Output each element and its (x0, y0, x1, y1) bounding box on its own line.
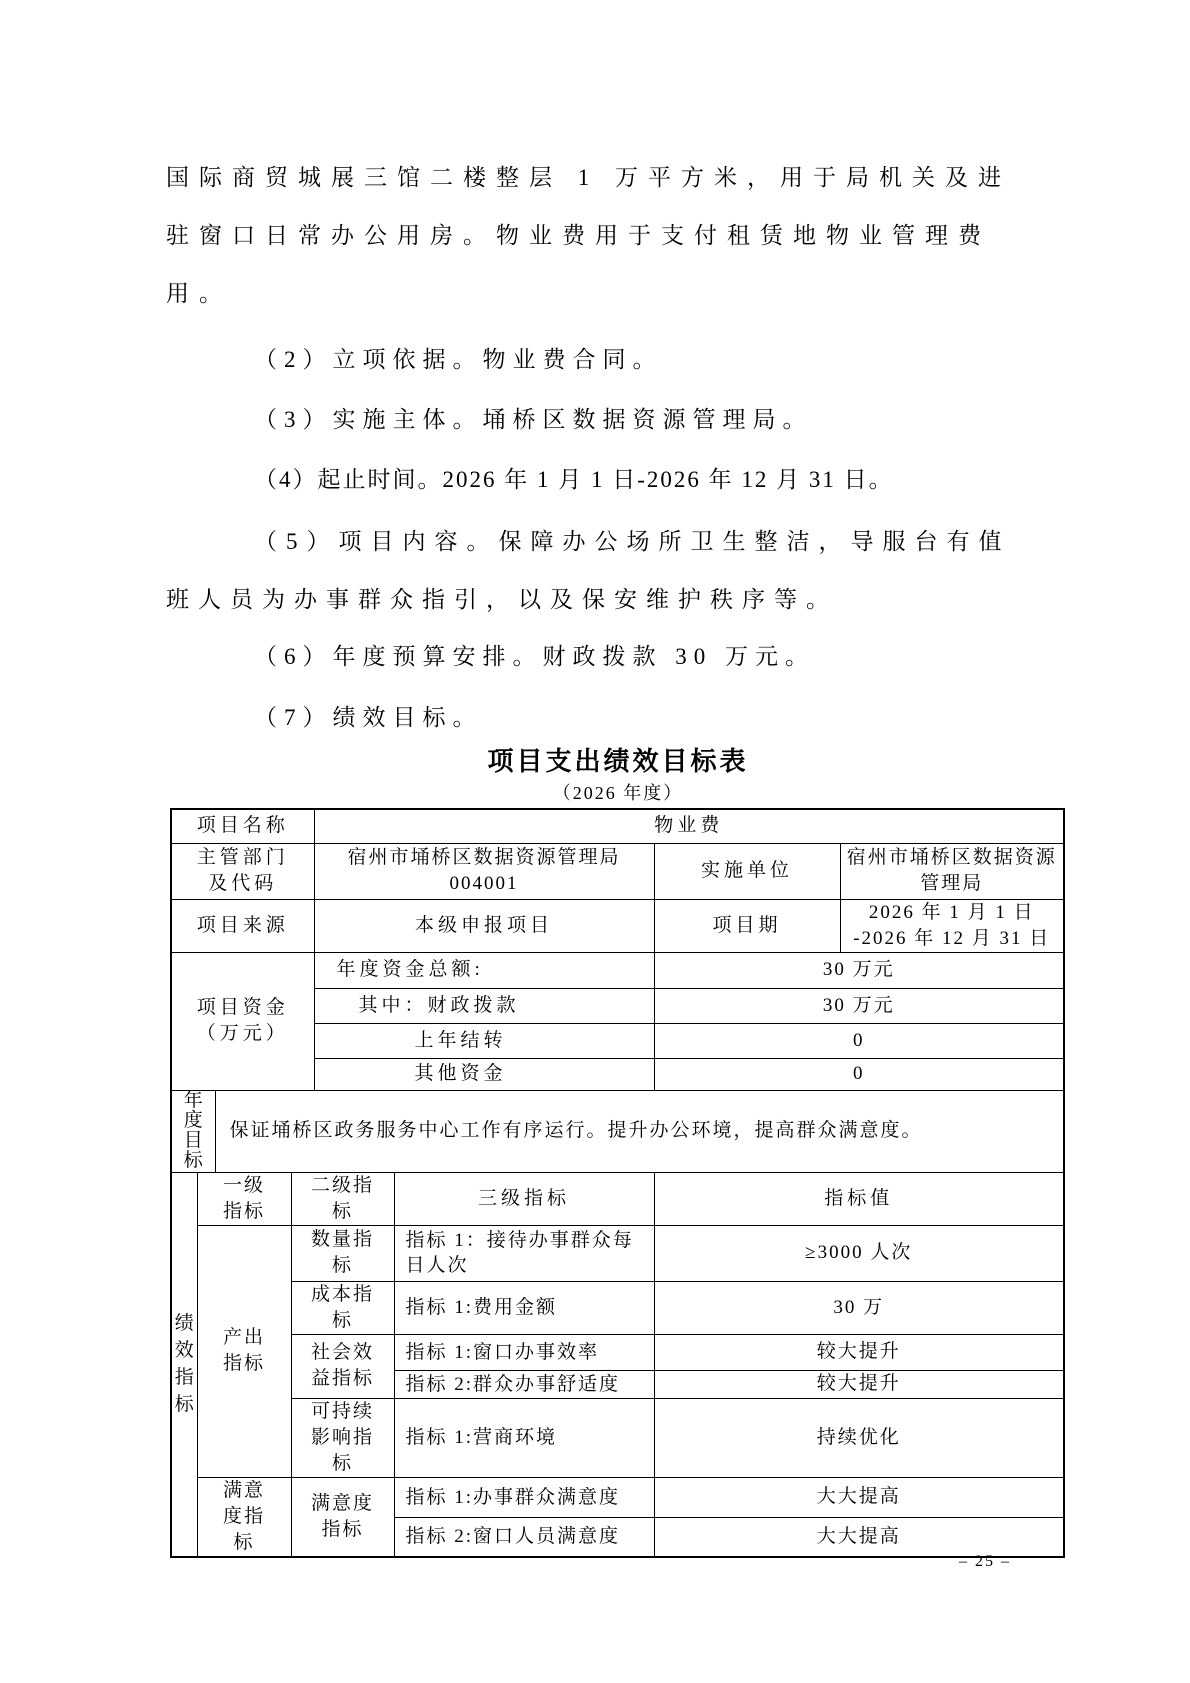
cell-fund-total-name: 年度资金总额: (314, 952, 654, 988)
cell-funds-label: 项目资金 （万元） (171, 952, 314, 1090)
cell-indicator-value: 大大提高 (654, 1477, 1064, 1518)
cell-indicator-value: 较大提升 (654, 1370, 1064, 1398)
body-paragraph-5: （5）项目内容。保障办公场所卫生整洁，导服台有值 班人员为办事群众指引，以及保安… (166, 513, 1096, 629)
cell-level2-satisfaction: 满意度 指标 (291, 1477, 394, 1557)
cell-indicator-value: 持续优化 (654, 1398, 1064, 1477)
cell-level3-indicator: 指标 1:窗口办事效率 (394, 1334, 654, 1370)
table-row: 产出 指标 数量指 标 指标 1：接待办事群众每 日人次 ≥3000 人次 (171, 1225, 1064, 1281)
cell-indicators-side-label: 绩 效 指 标 (171, 1172, 197, 1557)
cell-level3-indicator: 指标 1:营商环境 (394, 1398, 654, 1477)
document-page: 国际商贸城展三馆二楼整层 1 万平方米，用于局机关及进 驻窗口日常办公用房。物业… (0, 0, 1190, 1683)
cell-header-value: 指标值 (654, 1172, 1064, 1225)
cell-level2-sustainability: 可持续 影响指 标 (291, 1398, 394, 1477)
cell-annual-goal-label: 年 度 目 标 (171, 1090, 215, 1172)
page-number: – 25 – (925, 1548, 1045, 1576)
cell-level3-indicator: 指标 1:费用金额 (394, 1281, 654, 1334)
body-paragraph-6: （6）年度预算安排。财政拨款 30 万元。 (166, 628, 1096, 686)
cell-impl-unit-label: 实施单位 (654, 843, 840, 899)
table-row: 满意 度指 标 满意度 指标 指标 1:办事群众满意度 大大提高 (171, 1477, 1064, 1518)
cell-project-period-label: 项目期 (654, 899, 840, 952)
cell-header-level3: 三级指标 (394, 1172, 654, 1225)
body-paragraph-4: （4）起止时间。2026 年 1 月 1 日-2026 年 12 月 31 日。 (166, 451, 1096, 509)
table-row: 绩 效 指 标 一级 指标 二级指 标 三级指标 指标值 (171, 1172, 1064, 1225)
table-row: 社会效 益指标 指标 1:窗口办事效率 较大提升 (171, 1334, 1064, 1370)
cell-level3-indicator: 指标 1:办事群众满意度 (394, 1477, 654, 1518)
performance-table-title: 项目支出绩效目标表 (148, 745, 1088, 777)
cell-level3-indicator: 指标 2:群众办事舒适度 (394, 1370, 654, 1398)
table-row: 主管部门 及代码 宿州市埇桥区数据资源管理局 004001 实施单位 宿州市埇桥… (171, 843, 1064, 899)
cell-fund-total-value: 30 万元 (654, 952, 1064, 988)
cell-fund-fiscal-value: 30 万元 (654, 988, 1064, 1023)
cell-level3-indicator: 指标 2:窗口人员满意度 (394, 1518, 654, 1557)
table-row: 项目名称 物业费 (171, 809, 1064, 843)
cell-header-level1: 一级 指标 (197, 1172, 291, 1225)
body-paragraph-7: （7）绩效目标。 (166, 689, 1096, 747)
cell-level2-social-benefit: 社会效 益指标 (291, 1334, 394, 1398)
cell-level1-output: 产出 指标 (197, 1225, 291, 1477)
cell-level3-indicator: 指标 1：接待办事群众每 日人次 (394, 1225, 654, 1281)
performance-table-subtitle: （2026 年度） (148, 781, 1088, 805)
cell-project-period-value: 2026 年 1 月 1 日 -2026 年 12 月 31 日 (840, 899, 1064, 952)
cell-level2-quantity: 数量指 标 (291, 1225, 394, 1281)
table-row: 项目来源 本级申报项目 项目期 2026 年 1 月 1 日 -2026 年 1… (171, 899, 1064, 952)
cell-fund-other-value: 0 (654, 1058, 1064, 1090)
table-row: 可持续 影响指 标 指标 1:营商环境 持续优化 (171, 1398, 1064, 1477)
cell-fund-carryover-name: 上年结转 (314, 1023, 654, 1058)
table-row: 成本指 标 指标 1:费用金额 30 万 (171, 1281, 1064, 1334)
cell-indicator-value: 30 万 (654, 1281, 1064, 1334)
cell-level1-satisfaction: 满意 度指 标 (197, 1477, 291, 1557)
body-paragraph-1: 国际商贸城展三馆二楼整层 1 万平方米，用于局机关及进 驻窗口日常办公用房。物业… (166, 149, 1096, 323)
cell-fund-fiscal-name: 其中：财政拨款 (314, 988, 654, 1023)
cell-indicator-value: 较大提升 (654, 1334, 1064, 1370)
body-paragraph-3: （3）实施主体。埇桥区数据资源管理局。 (166, 391, 1096, 449)
cell-impl-unit-value: 宿州市埇桥区数据资源 管理局 (840, 843, 1064, 899)
cell-project-name-value: 物业费 (314, 809, 1064, 843)
cell-fund-other-name: 其他资金 (314, 1058, 654, 1090)
cell-level2-cost: 成本指 标 (291, 1281, 394, 1334)
table-row: 年 度 目 标 保证埇桥区政务服务中心工作有序运行。提升办公环境，提高群众满意度… (171, 1090, 1064, 1172)
body-paragraph-2: （2）立项依据。物业费合同。 (166, 331, 1096, 389)
cell-dept-value: 宿州市埇桥区数据资源管理局 004001 (314, 843, 654, 899)
cell-header-level2: 二级指 标 (291, 1172, 394, 1225)
cell-project-source-value: 本级申报项目 (314, 899, 654, 952)
cell-project-source-label: 项目来源 (171, 899, 314, 952)
performance-target-table: 项目名称 物业费 主管部门 及代码 宿州市埇桥区数据资源管理局 004001 实… (170, 808, 1065, 1558)
table-row: 项目资金 （万元） 年度资金总额: 30 万元 (171, 952, 1064, 988)
cell-fund-carryover-value: 0 (654, 1023, 1064, 1058)
cell-dept-label: 主管部门 及代码 (171, 843, 314, 899)
cell-project-name-label: 项目名称 (171, 809, 314, 843)
cell-annual-goal-text: 保证埇桥区政务服务中心工作有序运行。提升办公环境，提高群众满意度。 (215, 1090, 1064, 1172)
cell-indicator-value: ≥3000 人次 (654, 1225, 1064, 1281)
